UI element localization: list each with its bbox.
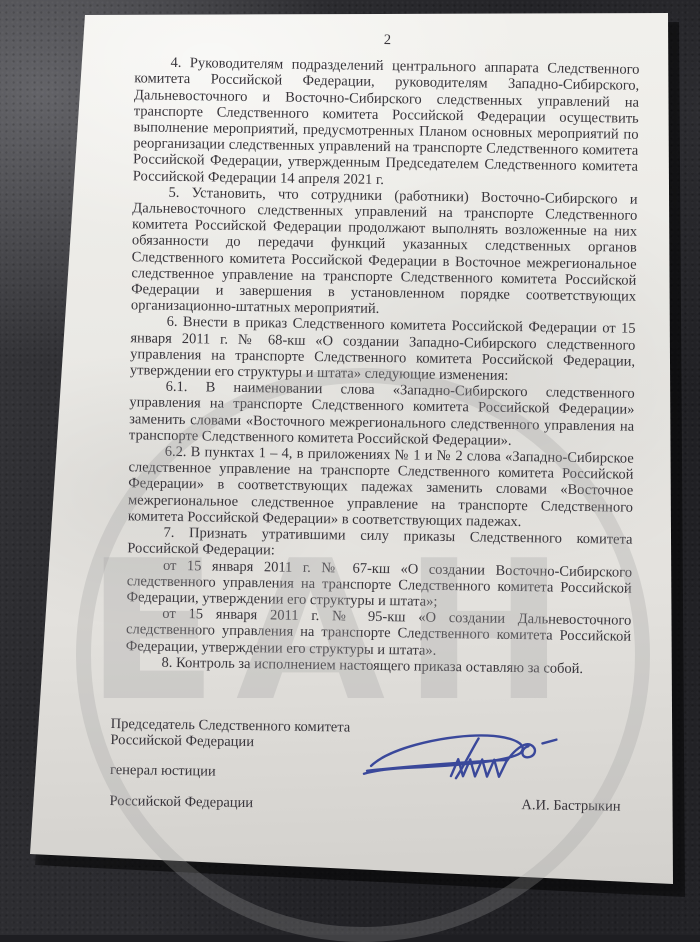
signature-block: Председатель Следственного комитета Росс… [109,716,630,834]
order-paragraph-7-item-1: от 15 января 2011 г. № 67-кш «О создании… [126,557,632,613]
order-paragraph-6-2: 6.2. В пунктах 1 – 4, в приложениях № 1 … [128,443,634,531]
page-number: 2 [135,28,640,52]
order-paragraph-6-1: 6.1. В наименовании слова «Западно-Сибир… [129,379,635,451]
document-page: 2 4. Руководителям подразделений централ… [28,6,680,888]
order-paragraph-7-item-2: от 15 января 2011 г. № 95-кш «О создании… [126,605,632,661]
signature-scribble [357,724,558,791]
document-content: 2 4. Руководителям подразделений централ… [123,28,640,833]
signer-name: А.И. Бастрыкин [521,797,620,815]
order-paragraph-4: 4. Руководителям подразделений центральн… [133,54,640,191]
order-paragraph-5: 5. Установить, что сотрудники (работники… [131,184,638,321]
photo-scene: 2 4. Руководителям подразделений централ… [0,0,700,935]
order-paragraph-6: 6. Внести в приказ Следственного комитет… [130,314,636,386]
